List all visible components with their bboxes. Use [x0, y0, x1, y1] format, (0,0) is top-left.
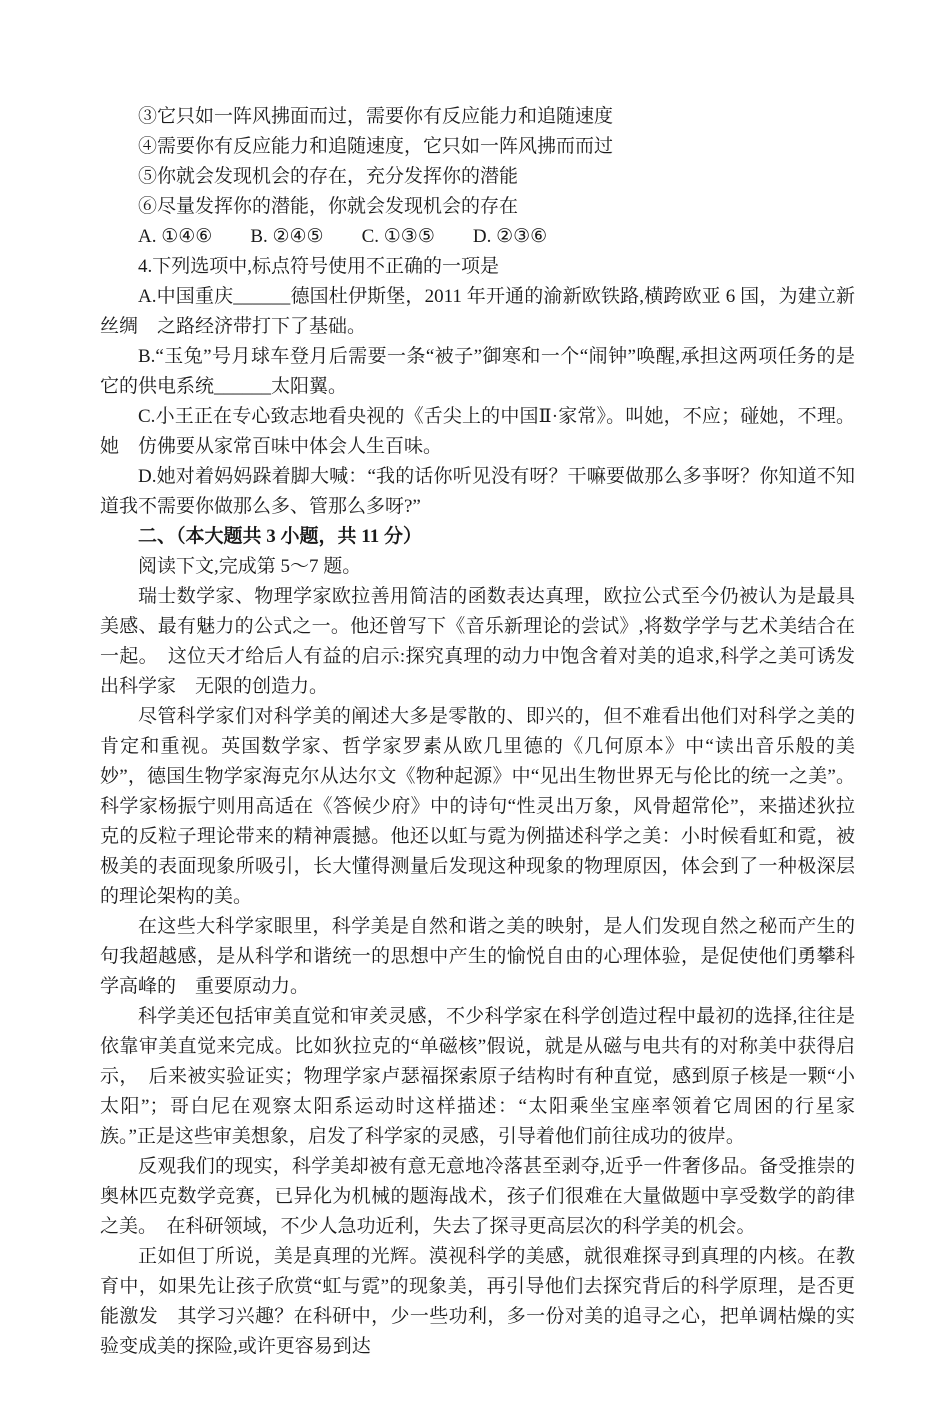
section2-heading: 二、（本大题共 3 小题，共 11 分） — [100, 522, 855, 552]
question3-item-circled3: ③它只如一阵风拂面而过，需要你有反应能力和追随速度 — [100, 102, 855, 132]
reading-paragraph-4: 科学美还包括审美直觉和审羑灵感，不少科学家在科学创造过程中最初的选择,往往是依靠… — [100, 1002, 855, 1152]
reading-paragraph-3: 在这些大科学家眼里，科学美是自然和谐之美的映射，是人们发现自然之秘而产生的句我超… — [100, 912, 855, 1002]
reading-paragraph-6: 正如但丁所说，美是真理的光辉。漠视科学的美感，就很难探寻到真理的内核。在教育中，… — [100, 1242, 855, 1362]
question3-item-circled4: ④需要你有反应能力和追随速度，它只如一阵风拂而而过 — [100, 132, 855, 162]
question4-option-a: A.中国重庆______德国杜伊斯堡，2011 年开通的渝新欧铁路,横跨欧亚 6… — [100, 282, 855, 342]
reading-paragraph-1: 瑞士数学家、物理学家欧拉善用简洁的函数表达真理，欧拉公式至今仍被认为是最具美感、… — [100, 582, 855, 702]
question4-option-c: C.小王正在专心致志地看央视的《舌尖上的中国Ⅱ·家常》。叫她，不应；碰她，不理。… — [100, 402, 855, 462]
question4-option-d: D.她对着妈妈跺着脚大喊：“我的话你听见没有呀？干嘛要做那么多亊呀？你知道不知道… — [100, 462, 855, 522]
question4-stem: 4.下列选项中,标点符号使用不正确的一项是 — [100, 252, 855, 282]
section2-instruction: 阅读下文,完成第 5～7 题。 — [100, 552, 855, 582]
exam-page: ③它只如一阵风拂面而过，需要你有反应能力和追随速度 ④需要你有反应能力和追随速度… — [0, 0, 950, 1402]
question3-item-circled6: ⑥尽量发挥你的潜能，你就会发现机会的存在 — [100, 192, 855, 222]
reading-paragraph-5: 反观我们的现实，科学美却被有意无意地冷落甚至剥夺,近乎一件奢侈品。备受推崇的奥林… — [100, 1152, 855, 1242]
question3-answer-choices: A. ①④⑥ B. ②④⑤ C. ①③⑤ D. ②③⑥ — [100, 222, 855, 252]
reading-paragraph-2: 尽管科学家们对科学美的阐述大多是零散的、即兴的，但不难看出他们对科学之美的肯定和… — [100, 702, 855, 912]
question3-item-circled5: ⑤你就会发现机会的存在，充分发挥你的潜能 — [100, 162, 855, 192]
question4-option-b: B.“玉兔”号月球车登月后需要一条“被子”御寒和一个“闹钟”唤醒,承担这两项任务… — [100, 342, 855, 402]
